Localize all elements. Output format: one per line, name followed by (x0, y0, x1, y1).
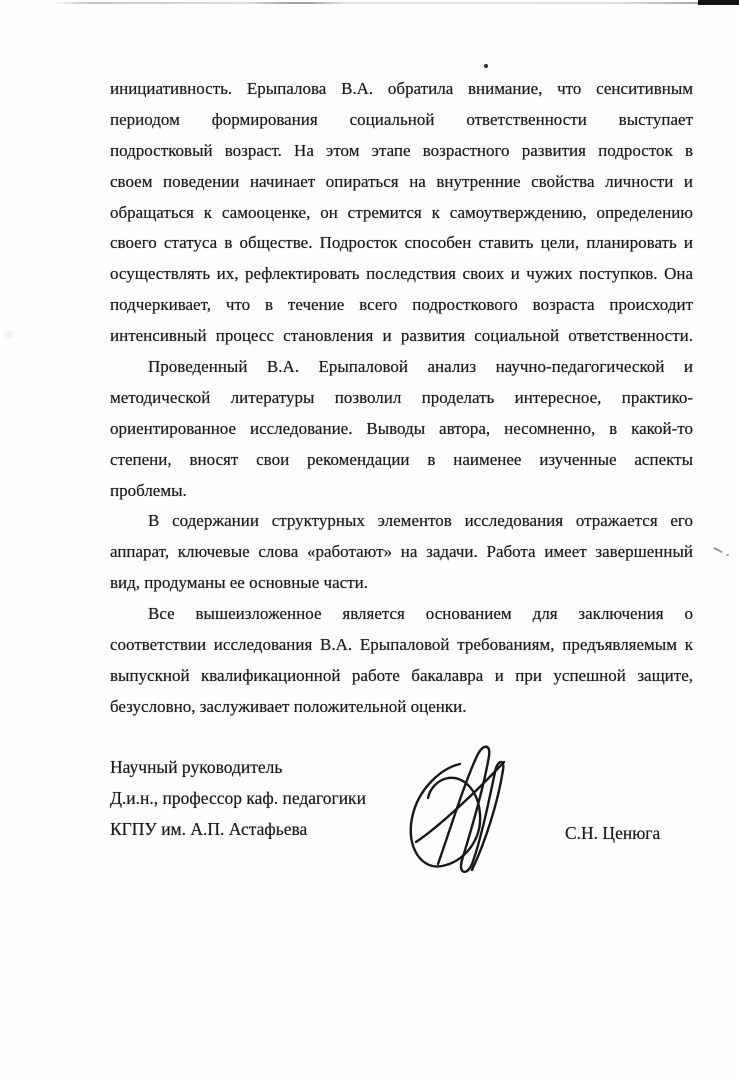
scanned-document-page: инициативность. Ерыпалова В.А. обратила … (0, 0, 739, 1080)
document-body: инициативность. Ерыпалова В.А. обратила … (110, 74, 693, 723)
text-line: своего статуса в обществе. Подросток спо… (110, 228, 693, 259)
text-line: своем поведении начинает опираться на вн… (110, 167, 693, 198)
text-line: вид, продуманы ее основные части. (110, 568, 693, 599)
signer-role: Научный руководитель (110, 752, 440, 783)
text-line: методической литературы позволил продела… (110, 383, 693, 414)
text-line: интенсивный процесс становления и развит… (110, 321, 693, 352)
text-line: В содержании структурных элементов иссле… (110, 506, 693, 537)
text-line: инициативность. Ерыпалова В.А. обратила … (110, 74, 693, 105)
signer-degree: Д.и.н., профессор каф. педагогики (110, 783, 440, 814)
scan-edge-line-artifact (50, 2, 700, 4)
text-line: Проведенный В.А. Ерыпаловой анализ научн… (110, 352, 693, 383)
text-line: Все вышеизложенное является основанием д… (110, 599, 693, 630)
signer-name: С.Н. Ценюга (565, 818, 660, 849)
text-line: подчеркивает, что в течение всего подрос… (110, 290, 693, 321)
scan-smudge-artifact (2, 328, 16, 340)
text-line: ориентированное исследование. Выводы авт… (110, 414, 693, 445)
ink-dot-artifact (484, 64, 488, 68)
text-line: выпускной квалификационной работе бакала… (110, 661, 693, 692)
text-line: безусловно, заслуживает положительной оц… (110, 692, 693, 723)
text-line: осуществлять их, рефлектировать последст… (110, 259, 693, 290)
text-line: аппарат, ключевые слова «работают» на за… (110, 537, 693, 568)
scan-tick-artifact (713, 547, 723, 553)
scan-tick-dot-artifact (726, 554, 729, 556)
text-line: степени, вносят свои рекомендации в наим… (110, 445, 693, 476)
handwritten-signature-icon (400, 742, 522, 878)
text-line: соответствии исследования В.А. Ерыпалово… (110, 630, 693, 661)
scan-corner-mark-artifact (698, 0, 739, 5)
signer-university: КГПУ им. А.П. Астафьева (110, 814, 440, 845)
text-line: обращаться к самооценке, он стремится к … (110, 198, 693, 229)
text-line: подростковый возраст. На этом этапе возр… (110, 136, 693, 167)
signature-block: Научный руководитель Д.и.н., профессор к… (110, 752, 440, 845)
text-line: проблемы. (110, 476, 693, 507)
text-line: периодом формирования социальной ответст… (110, 105, 693, 136)
